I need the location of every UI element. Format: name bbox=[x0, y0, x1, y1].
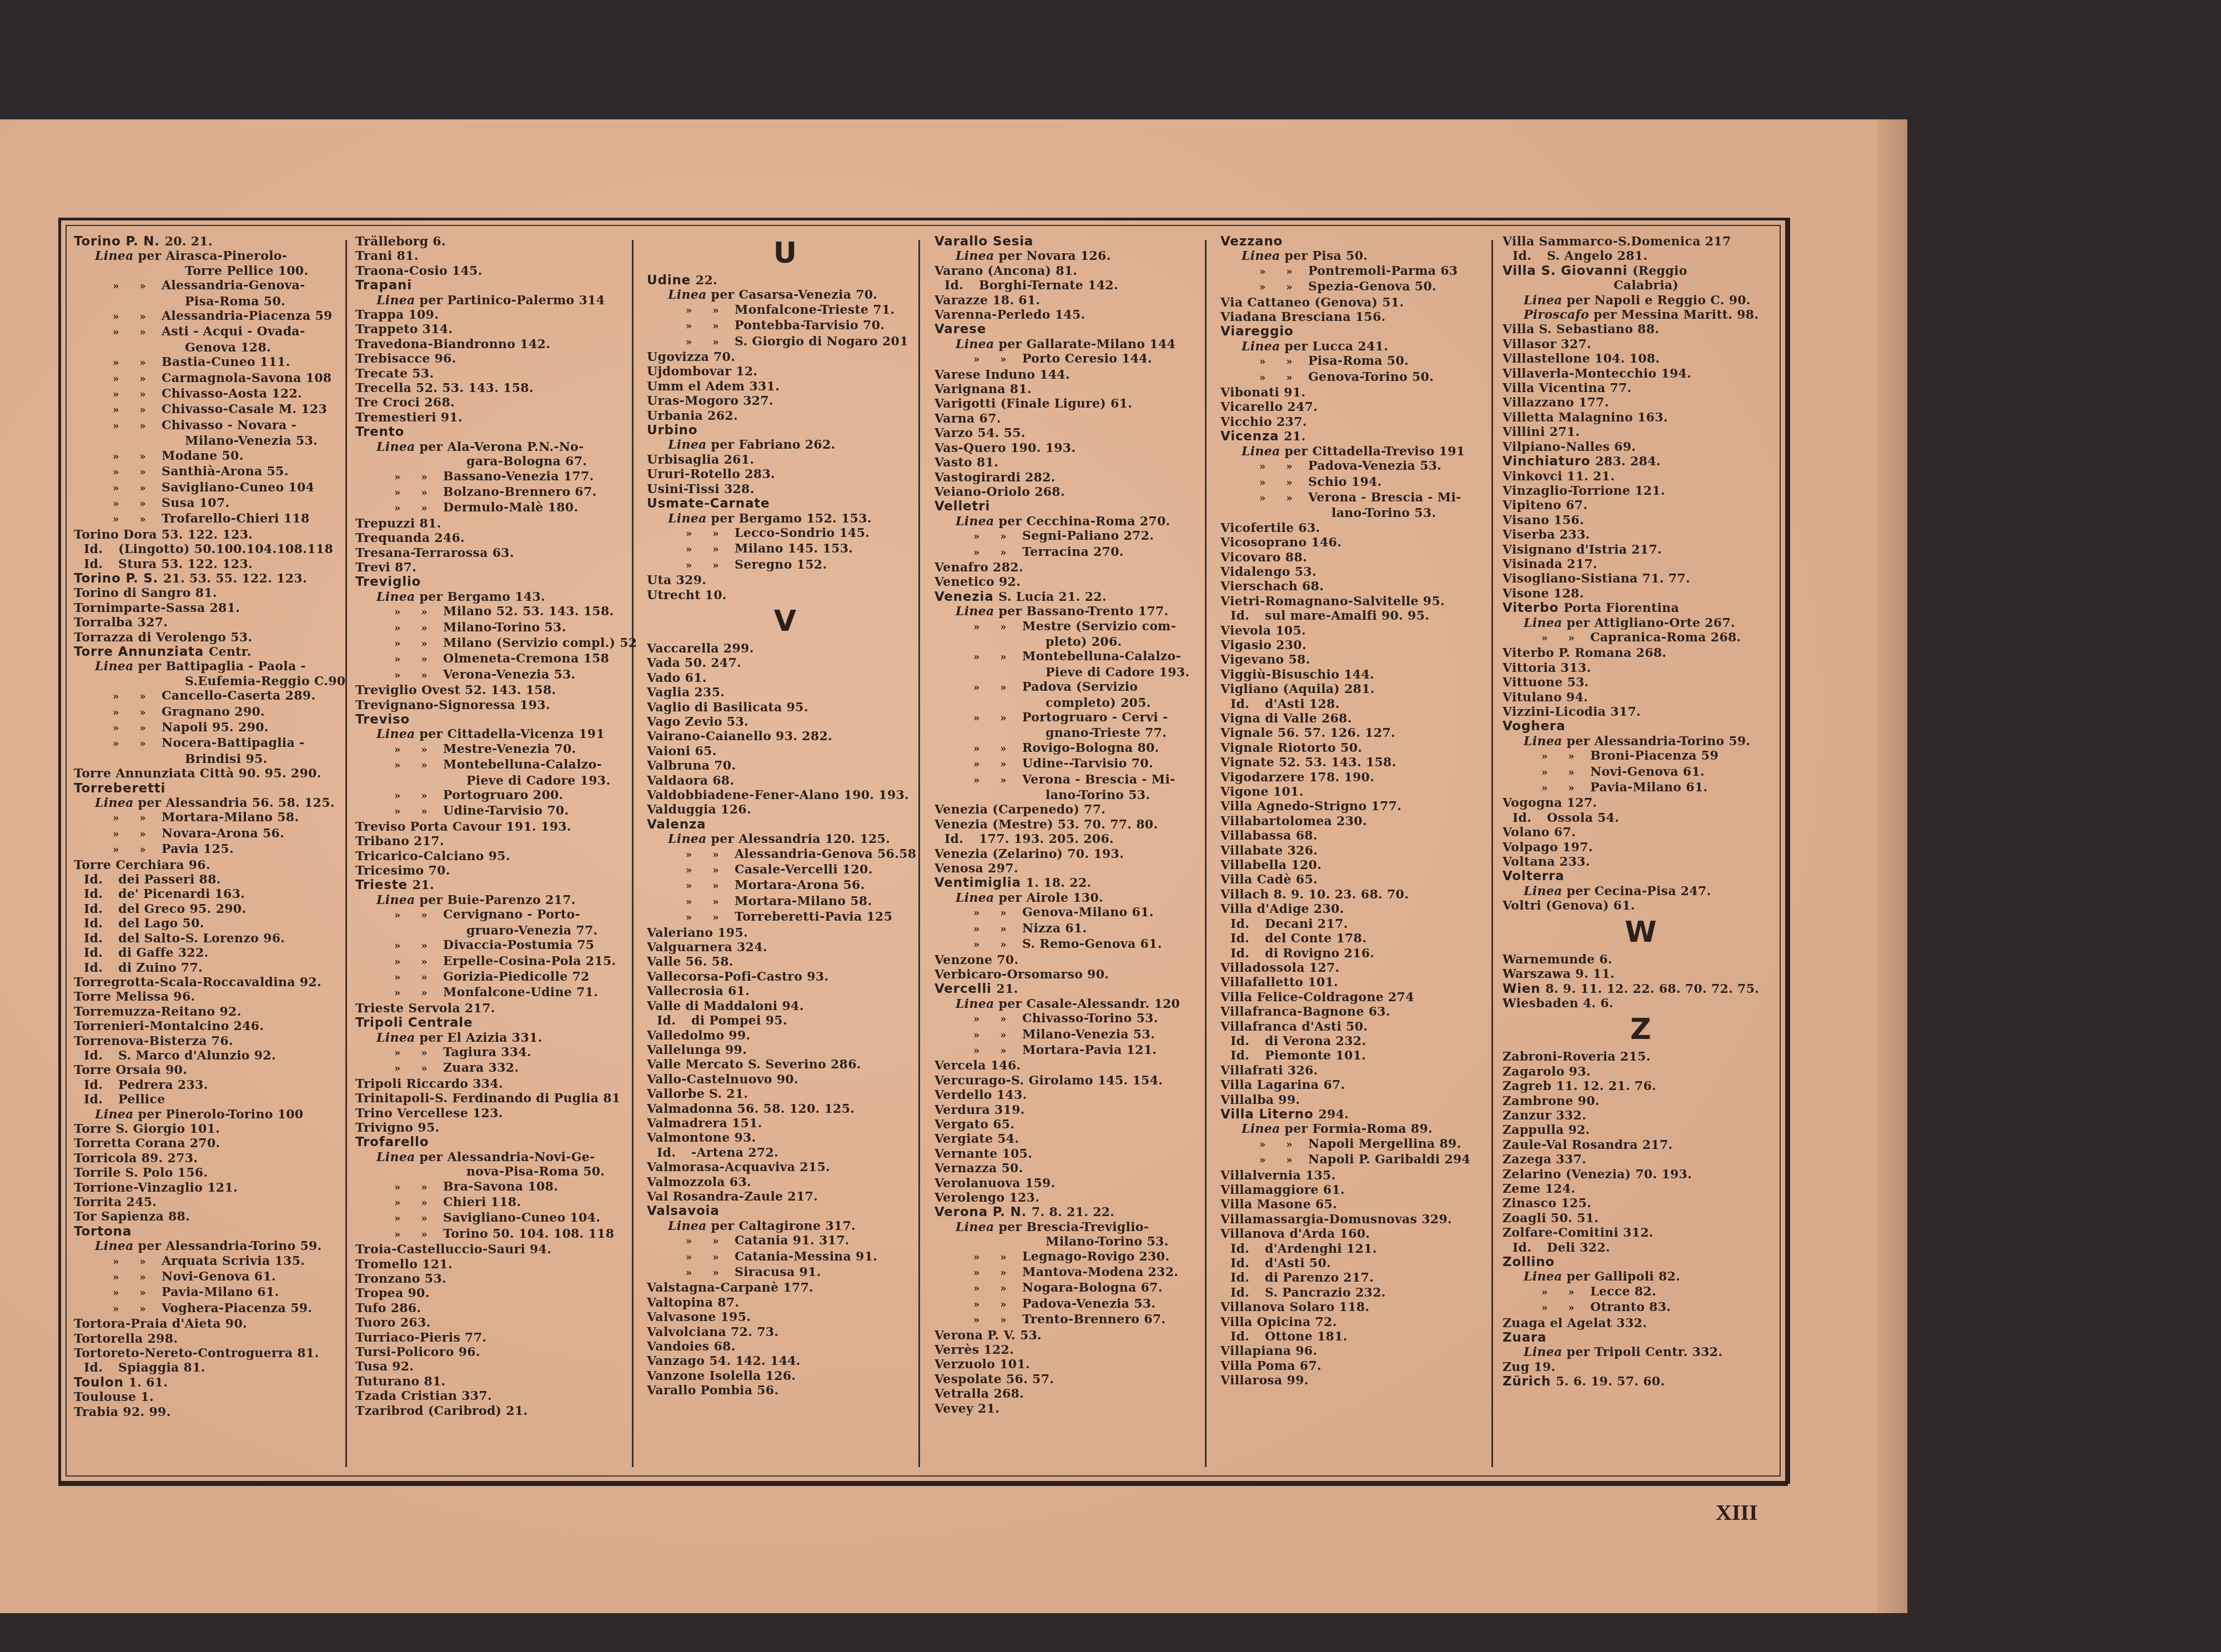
station-heading: Zürich 5. 6. 19. 57. 60. bbox=[1503, 1374, 1779, 1389]
station-entry: Vanzago 54. 142. 144. bbox=[647, 1354, 923, 1368]
idem-text: Spiaggia 81. bbox=[118, 1360, 205, 1375]
station-entry: Vallo-Castelnuovo 90. bbox=[647, 1072, 923, 1087]
idem-entry: Id.d'Asti 50. bbox=[1220, 1256, 1497, 1271]
ditto-marks: » » bbox=[113, 513, 162, 527]
line-destination: per Alessandria-Torino 59. bbox=[1567, 734, 1751, 749]
station-entry: Zagarolo 93. bbox=[1503, 1064, 1779, 1079]
station-entry: Torino Dora 53. 122. 123. bbox=[74, 528, 350, 542]
line-entry: Linea per Pinerolo-Torino 100 bbox=[74, 1107, 350, 1122]
station-name: Varallo Sesia bbox=[934, 234, 1033, 249]
wrapped-text: lano-Torino 53. bbox=[934, 788, 1211, 802]
table-refs: 7. 8. 21. 22. bbox=[1032, 1205, 1114, 1219]
station-entry: Vada 50. 247. bbox=[647, 656, 923, 670]
line-destination: Trento-Brennero 67. bbox=[1022, 1312, 1165, 1327]
station-entry: Villa Opicina 72. bbox=[1220, 1315, 1497, 1329]
ditto-marks: » » bbox=[973, 938, 1022, 952]
idem-entry: Id.d'Asti 128. bbox=[1220, 697, 1497, 711]
ditto-marks: » » bbox=[973, 742, 1022, 756]
station-entry: Zolfare-Comitini 312. bbox=[1503, 1226, 1779, 1240]
ditto-marks: » » bbox=[1259, 460, 1308, 474]
line-label: Linea bbox=[376, 590, 415, 604]
line-destination: Terracina 270. bbox=[1022, 545, 1124, 559]
station-entry: Torre Annunziata Città 90. 95. 290. bbox=[74, 766, 350, 781]
station-entry: Venzone 70. bbox=[934, 953, 1211, 967]
station-entry: Torrile S. Polo 156. bbox=[74, 1166, 350, 1180]
station-entry: Villa Poma 67. bbox=[1220, 1359, 1497, 1373]
station-entry: Valstagna-Carpanè 177. bbox=[647, 1281, 923, 1295]
idem-text: di Zuino 77. bbox=[118, 961, 203, 975]
ditto-marks: » » bbox=[973, 546, 1022, 560]
line-continuation: » »Napoli 95. 290. bbox=[74, 720, 350, 736]
line-destination: per Airasca-Pinerolo- bbox=[138, 249, 288, 263]
ditto-marks: » » bbox=[686, 319, 735, 334]
line-entry: Linea per Fabriano 262. bbox=[647, 438, 923, 452]
station-entry: Vierschach 68. bbox=[1220, 579, 1497, 594]
line-continuation: » »Pisa-Roma 50. bbox=[1220, 354, 1497, 369]
line-continuation: » »Verona - Brescia - Mi- bbox=[1220, 490, 1497, 506]
line-continuation: » »Trofarello-Chieri 118 bbox=[74, 511, 350, 527]
station-entry: Zeme 124. bbox=[1503, 1182, 1779, 1196]
line-destination: per Fabriano 262. bbox=[711, 438, 836, 452]
station-name: Zollino bbox=[1503, 1255, 1555, 1269]
station-entry: Villa Sammarco-S.Domenica 217 bbox=[1503, 234, 1779, 249]
station-entry: Villalvernia 135. bbox=[1220, 1168, 1497, 1183]
station-entry: Uras-Mogoro 327. bbox=[647, 394, 923, 408]
station-heading: Torreberetti bbox=[74, 781, 350, 796]
line-destination: Chivasso-Casale M. 123 bbox=[162, 402, 327, 416]
station-entry: Torralba 327. bbox=[74, 615, 350, 630]
station-entry: Tricesimo 70. bbox=[355, 863, 632, 878]
station-entry: Vittuone 53. bbox=[1503, 675, 1779, 690]
line-entry: Linea per Cittadella-Vicenza 191 bbox=[355, 727, 632, 741]
station-entry: Tortoreto-Nereto-Controguerra 81. bbox=[74, 1346, 350, 1360]
line-continuation: » »Alessandria-Genova 56.58 bbox=[647, 847, 923, 862]
ditto-marks: » » bbox=[1259, 476, 1308, 490]
line-entry: Linea per Attigliano-Orte 267. bbox=[1503, 616, 1779, 630]
line-destination: Bastia-Cuneo 111. bbox=[162, 355, 290, 369]
station-entry: Tremestieri 91. bbox=[355, 410, 632, 425]
station-name: Verona P. N. bbox=[934, 1205, 1027, 1219]
idem-entry: Id.del Salto-S. Lorenzo 96. bbox=[74, 931, 350, 946]
station-entry: Torremuzza-Reitano 92. bbox=[74, 1005, 350, 1019]
station-entry: Voltana 233. bbox=[1503, 855, 1779, 869]
line-destination: per Napoli e Reggio C. 90. bbox=[1567, 293, 1751, 308]
idem-entry: Id.di Gaffe 322. bbox=[74, 946, 350, 960]
idem-text: (Lingotto) 50.100.104.108.118 bbox=[118, 542, 333, 556]
idem-label: Id. bbox=[657, 1013, 691, 1028]
section-letter: W bbox=[1503, 913, 1779, 952]
line-continuation: » »Mestre-Venezia 70. bbox=[355, 742, 632, 757]
station-entry: Voltri (Genova) 61. bbox=[1503, 898, 1779, 913]
idem-entry: Id.di Verona 232. bbox=[1220, 1034, 1497, 1048]
idem-entry: Id.Spiaggia 81. bbox=[74, 1360, 350, 1375]
line-continuation: » »Genova-Torino 50. bbox=[1220, 370, 1497, 385]
ditto-marks: » » bbox=[973, 620, 1022, 635]
idem-entry: Id.Pedrera 233. bbox=[74, 1078, 350, 1092]
station-heading: Vicenza 21. bbox=[1220, 429, 1497, 444]
line-entry: Linea per Airasca-Pinerolo- bbox=[74, 249, 350, 263]
line-destination: Bassano-Venezia 177. bbox=[443, 469, 594, 484]
station-name: Torino P. N. bbox=[74, 234, 160, 249]
line-destination: Genova-Torino 50. bbox=[1308, 370, 1434, 384]
line-continuation: » »Divaccia-Postumia 75 bbox=[355, 938, 632, 953]
ditto-marks: » » bbox=[973, 530, 1022, 544]
idem-text: del Lago 50. bbox=[118, 916, 204, 931]
line-destination: Trofarello-Chieri 118 bbox=[162, 511, 310, 526]
station-entry: Vitulano 94. bbox=[1503, 690, 1779, 705]
wrapped-text: Genova 128. bbox=[74, 340, 350, 355]
station-entry: Villa Masone 65. bbox=[1220, 1197, 1497, 1212]
ditto-marks: » » bbox=[113, 737, 162, 751]
station-entry: Vigevano 58. bbox=[1220, 652, 1497, 667]
line-destination: Padova (Servizio bbox=[1022, 680, 1138, 694]
station-entry: Vespolate 56. 57. bbox=[934, 1372, 1211, 1387]
line-entry: Linea per Alessandria 120. 125. bbox=[647, 832, 923, 846]
ditto-marks: » » bbox=[686, 848, 735, 862]
line-destination: Pisa-Roma 50. bbox=[1308, 354, 1409, 368]
station-entry: Umm el Adem 331. bbox=[647, 379, 923, 394]
ditto-marks: » » bbox=[394, 501, 443, 516]
idem-text: di Parenzo 217. bbox=[1265, 1271, 1374, 1285]
ditto-marks: » » bbox=[113, 450, 162, 464]
station-entry: Zappulla 92. bbox=[1503, 1123, 1779, 1137]
ditto-marks: » » bbox=[113, 372, 162, 386]
station-heading: Volterra bbox=[1503, 869, 1779, 883]
station-entry: Usini-Tissi 328. bbox=[647, 482, 923, 496]
line-destination: Pavia-Milano 61. bbox=[162, 1285, 279, 1299]
line-continuation: » »Spezia-Genova 50. bbox=[1220, 279, 1497, 295]
idem-text: di Rovigno 216. bbox=[1265, 946, 1374, 961]
ditto-marks: » » bbox=[1541, 750, 1590, 764]
ditto-marks: » » bbox=[1259, 280, 1308, 295]
station-entry: Vanzone Isolella 126. bbox=[647, 1369, 923, 1383]
station-entry: Urbania 262. bbox=[647, 409, 923, 423]
line-destination: per Alessandria 56. 58. 125. bbox=[138, 796, 335, 810]
station-name: Tortona bbox=[74, 1224, 132, 1239]
station-entry: Valle Mercato S. Severino 286. bbox=[647, 1057, 923, 1072]
line-continuation: » »Padova-Venezia 53. bbox=[1220, 459, 1497, 474]
table-refs: 21. 53. 55. 122. 123. bbox=[163, 571, 307, 586]
station-entry: Zanzur 332. bbox=[1503, 1108, 1779, 1123]
line-continuation: » »Mantova-Modena 232. bbox=[934, 1265, 1211, 1281]
station-entry: Villamassargia-Domusnovas 329. bbox=[1220, 1212, 1497, 1227]
station-heading: Vercelli 21. bbox=[934, 982, 1211, 996]
line-destination: Capranica-Roma 268. bbox=[1590, 630, 1741, 645]
line-entry: Linea per Lucca 241. bbox=[1220, 339, 1497, 354]
station-entry: Volano 67. bbox=[1503, 825, 1779, 840]
line-destination: Dermulo-Malè 180. bbox=[443, 500, 578, 515]
line-destination: Milano 145. 153. bbox=[735, 541, 853, 556]
station-entry: Varzo 54. 55. bbox=[934, 426, 1211, 440]
station-entry: Warnemunde 6. bbox=[1503, 952, 1779, 967]
line-destination: per Alessandria 120. 125. bbox=[711, 832, 891, 846]
station-entry: Torrenova-Bisterza 76. bbox=[74, 1034, 350, 1048]
line-entry: Linea per Battipaglia - Paola - bbox=[74, 659, 350, 674]
ditto-marks: » » bbox=[394, 669, 443, 683]
line-destination: Cancello-Caserta 289. bbox=[162, 689, 315, 703]
station-heading: Torino P. N. 20. 21. bbox=[74, 234, 350, 249]
line-label: Linea bbox=[668, 1219, 707, 1233]
line-destination: Verona - Brescia - Mi- bbox=[1022, 772, 1175, 787]
ditto-marks: » » bbox=[686, 527, 735, 541]
station-entry: Varese Induno 144. bbox=[934, 368, 1211, 382]
ditto-marks: » » bbox=[1259, 1138, 1308, 1152]
idem-text: S. Pancrazio 232. bbox=[1265, 1286, 1386, 1300]
line-entry: Linea per Alessandria 56. 58. 125. bbox=[74, 796, 350, 810]
station-entry: Viserba 233. bbox=[1503, 528, 1779, 542]
table-refs: 22. bbox=[696, 273, 717, 288]
line-continuation: » »Pavia-Milano 61. bbox=[1503, 780, 1779, 796]
idem-text: Ossola 54. bbox=[1547, 811, 1619, 825]
station-entry: Trabia 92. 99. bbox=[74, 1405, 350, 1419]
line-continuation: » »Broni-Piacenza 59 bbox=[1503, 749, 1779, 764]
idem-entry: Id.(Lingotto) 50.100.104.108.118 bbox=[74, 542, 350, 556]
line-destination: Portogruaro 200. bbox=[443, 788, 564, 802]
idem-text: d'Asti 50. bbox=[1265, 1256, 1331, 1271]
line-label: Linea bbox=[95, 1239, 134, 1253]
line-continuation: » »Alessandria-Piacenza 59 bbox=[74, 309, 350, 324]
line-continuation: » »Arquata Scrivia 135. bbox=[74, 1254, 350, 1269]
line-destination: Mortara-Milano 58. bbox=[735, 894, 872, 908]
station-entry: Valvolciana 72. 73. bbox=[647, 1325, 923, 1339]
idem-entry: Id.Pellice bbox=[74, 1092, 350, 1107]
line-entry: Linea per Alessandria-Torino 59. bbox=[1503, 734, 1779, 749]
station-entry: Toulouse 1. bbox=[74, 1390, 350, 1404]
station-entry: Zoagli 50. 51. bbox=[1503, 1211, 1779, 1226]
ditto-marks: » » bbox=[686, 911, 735, 925]
station-entry: Varallo Pombia 56. bbox=[647, 1383, 923, 1398]
line-destination: Padova-Venezia 53. bbox=[1022, 1297, 1155, 1311]
table-refs: 283. 284. bbox=[1595, 454, 1661, 469]
line-label: Linea bbox=[1524, 1269, 1562, 1284]
ditto-marks: » » bbox=[394, 805, 443, 819]
line-destination: per Gallarate-Milano 144 bbox=[999, 337, 1176, 352]
idem-entry: Id.Ossola 54. bbox=[1503, 811, 1779, 825]
idem-label: Id. bbox=[84, 931, 118, 946]
ditto-marks: » » bbox=[113, 721, 162, 736]
wrapped-text: completo) 205. bbox=[934, 696, 1211, 710]
line-destination: Torino 50. 104. 108. 118 bbox=[443, 1227, 614, 1241]
line-destination: Siracusa 91. bbox=[735, 1265, 821, 1279]
line-label: Linea bbox=[95, 659, 134, 674]
line-destination: per Airole 130. bbox=[999, 891, 1103, 905]
ditto-marks: » » bbox=[973, 1028, 1022, 1043]
line-label: Linea bbox=[956, 514, 994, 529]
station-entry: Villa Vicentina 77. bbox=[1503, 381, 1779, 395]
line-destination: per Tripoli Centr. 332. bbox=[1567, 1345, 1723, 1359]
station-entry: Torrione-Vinzaglio 121. bbox=[74, 1181, 350, 1195]
section-letter: Z bbox=[1503, 1011, 1779, 1050]
idem-label: Id. bbox=[1230, 1242, 1265, 1256]
station-name: Toulon bbox=[74, 1375, 124, 1390]
station-name: Udine bbox=[647, 273, 691, 288]
station-entry: Treviglio Ovest 52. 143. 158. bbox=[355, 683, 632, 697]
idem-entry: Id.del Lago 50. bbox=[74, 916, 350, 931]
table-refs: 5. 6. 19. 57. 60. bbox=[1556, 1374, 1665, 1389]
station-entry: Volpago 197. bbox=[1503, 840, 1779, 855]
ditto-marks: » » bbox=[113, 690, 162, 704]
line-continuation: » »Torreberetti-Pavia 125 bbox=[647, 910, 923, 925]
idem-label: Id. bbox=[1230, 931, 1265, 946]
line-destination: Pontremoli-Parma 63 bbox=[1308, 264, 1458, 278]
line-destination: Legnago-Rovigo 230. bbox=[1022, 1249, 1169, 1264]
line-continuation: » »Susa 107. bbox=[74, 496, 350, 511]
ditto-marks: » » bbox=[973, 711, 1022, 726]
line-continuation: » »Segni-Paliano 272. bbox=[934, 529, 1211, 544]
ditto-marks: » » bbox=[113, 310, 162, 324]
station-entry: Visone 128. bbox=[1503, 586, 1779, 601]
line-destination: Modane 50. bbox=[162, 449, 244, 463]
idem-text: Piemonte 101. bbox=[1265, 1048, 1366, 1063]
line-label: Linea bbox=[376, 893, 415, 907]
idem-label: Id. bbox=[1230, 1286, 1265, 1300]
station-entry: Vigodarzere 178. 190. bbox=[1220, 770, 1497, 785]
line-destination: Padova-Venezia 53. bbox=[1308, 459, 1441, 473]
line-destination: Rovigo-Bologna 80. bbox=[1022, 741, 1159, 755]
line-entry: Linea per Napoli e Reggio C. 90. bbox=[1503, 293, 1779, 308]
station-entry: Torricola 89. 273. bbox=[74, 1151, 350, 1166]
line-continuation: » »S. Giorgio di Nogaro 201 bbox=[647, 334, 923, 350]
section-letter: V bbox=[647, 602, 923, 641]
station-entry: Trevi 87. bbox=[355, 560, 632, 575]
idem-label: Id. bbox=[1513, 811, 1547, 825]
station-entry: Tronzano 53. bbox=[355, 1272, 632, 1286]
line-destination: Novi-Genova 61. bbox=[162, 1269, 276, 1284]
station-entry: Villa S. Sebastiano 88. bbox=[1503, 322, 1779, 337]
wrapped-text: gruaro-Venezia 77. bbox=[355, 923, 632, 938]
line-entry: Linea per Bergamo 143. bbox=[355, 590, 632, 604]
ditto-marks: » » bbox=[1259, 371, 1308, 385]
line-continuation: » »Seregno 152. bbox=[647, 558, 923, 573]
station-entry: Wiesbaden 4. 6. bbox=[1503, 996, 1779, 1011]
station-entry: Vievola 105. bbox=[1220, 624, 1497, 638]
table-refs: 1. 18. 22. bbox=[1026, 876, 1092, 890]
idem-label: Id. bbox=[84, 1078, 118, 1092]
idem-text: -Artena 272. bbox=[691, 1146, 778, 1160]
idem-text: del Salto-S. Lorenzo 96. bbox=[118, 931, 285, 946]
station-heading: Ventimiglia 1. 18. 22. bbox=[934, 876, 1211, 890]
line-destination: Bolzano-Brennero 67. bbox=[443, 485, 597, 499]
idem-text: del Conte 178. bbox=[1265, 931, 1366, 946]
line-destination: Milano 52. 53. 143. 158. bbox=[443, 604, 614, 619]
line-destination: Milano (Servizio compl.) 52 bbox=[443, 636, 637, 650]
line-destination: Portogruaro - Cervi - bbox=[1022, 710, 1168, 725]
station-entry: Valmadonna 56. 58. 120. 125. bbox=[647, 1102, 923, 1116]
station-entry: Uta 329. bbox=[647, 573, 923, 588]
idem-entry: Id.-Artena 272. bbox=[647, 1146, 923, 1160]
station-entry: Villadossola 127. bbox=[1220, 961, 1497, 975]
line-destination: Pavia-Milano 61. bbox=[1590, 780, 1707, 795]
ditto-marks: » » bbox=[113, 843, 162, 857]
station-name: Viterbo bbox=[1503, 601, 1559, 615]
line-continuation: » »Udine-Tarvisio 70. bbox=[355, 804, 632, 819]
station-heading: Varallo Sesia bbox=[934, 234, 1211, 249]
wrapped-text: Milano-Torino 53. bbox=[934, 1234, 1211, 1249]
line-destination: Verona - Brescia - Mi- bbox=[1308, 490, 1461, 505]
station-heading: Venezia S. Lucia 21. 22. bbox=[934, 590, 1211, 604]
station-entry: Visinada 217. bbox=[1503, 557, 1779, 571]
station-entry: Venetico 92. bbox=[934, 575, 1211, 589]
line-destination: Gragnano 290. bbox=[162, 705, 265, 719]
line-destination: per Partinico-Palermo 314 bbox=[420, 293, 605, 308]
idem-text: S. Angelo 281. bbox=[1547, 249, 1647, 263]
line-continuation: » »Rovigo-Bologna 80. bbox=[934, 741, 1211, 756]
ditto-marks: » » bbox=[394, 1196, 443, 1211]
station-entry: Trappa 109. bbox=[355, 308, 632, 322]
line-destination: Napoli Mergellina 89. bbox=[1308, 1137, 1461, 1151]
station-entry: Verolengo 123. bbox=[934, 1191, 1211, 1205]
station-entry: Torino di Sangro 81. bbox=[74, 586, 350, 600]
station-entry: Vipiteno 67. bbox=[1503, 498, 1779, 513]
station-entry: Valvasone 195. bbox=[647, 1310, 923, 1324]
station-entry: Vogogna 127. bbox=[1503, 796, 1779, 810]
line-destination: Pavia 125. bbox=[162, 842, 234, 856]
line-continuation: » »Bolzano-Brennero 67. bbox=[355, 485, 632, 500]
line-continuation: » »Pavia 125. bbox=[74, 842, 350, 857]
idem-label: Id. bbox=[944, 278, 979, 293]
line-destination: Olmeneta-Cremona 158 bbox=[443, 651, 609, 666]
station-entry: Visano 156. bbox=[1503, 513, 1779, 528]
station-entry: Vallecorsa-Pofi-Castro 93. bbox=[647, 970, 923, 984]
line-continuation: » »Gragnano 290. bbox=[74, 705, 350, 720]
station-entry: Verolanuova 159. bbox=[934, 1176, 1211, 1191]
index-column-4: Varallo SesiaLinea per Novara 126.Varano… bbox=[934, 234, 1211, 1467]
station-entry: Varna 67. bbox=[934, 411, 1211, 426]
ditto-marks: » » bbox=[973, 757, 1022, 772]
ditto-marks: » » bbox=[1259, 355, 1308, 369]
station-entry: Trieste Servola 217. bbox=[355, 1001, 632, 1016]
station-name: Tripoli Centrale bbox=[355, 1016, 473, 1030]
station-entry: Zambrone 90. bbox=[1503, 1094, 1779, 1108]
idem-text: Pedrera 233. bbox=[118, 1078, 208, 1092]
line-continuation: » »Mortara-Milano 58. bbox=[647, 894, 923, 910]
line-destination: Otranto 83. bbox=[1590, 1300, 1671, 1314]
line-destination: Mortara-Pavia 121. bbox=[1022, 1043, 1157, 1057]
line-entry: Linea per Buie-Parenzo 217. bbox=[355, 893, 632, 907]
idem-entry: Id.di Parenzo 217. bbox=[1220, 1271, 1497, 1285]
line-label: Linea bbox=[1524, 734, 1562, 749]
station-entry: Villafranca d'Asti 50. bbox=[1220, 1020, 1497, 1034]
station-entry: Valmorasa-Acquaviva 215. bbox=[647, 1160, 923, 1174]
station-entry: Tripoli Riccardo 334. bbox=[355, 1077, 632, 1091]
station-name: Vicenza bbox=[1220, 429, 1279, 444]
station-entry: Valmontone 93. bbox=[647, 1131, 923, 1145]
station-entry: Villarosa 99. bbox=[1220, 1373, 1497, 1388]
station-name: Villa S. Giovanni bbox=[1503, 264, 1627, 278]
station-heading: Treviglio bbox=[355, 575, 632, 589]
ditto-marks: » » bbox=[113, 465, 162, 480]
station-entry: Tursi-Policoro 96. bbox=[355, 1345, 632, 1359]
ditto-marks: » » bbox=[394, 743, 443, 757]
line-continuation: » »Novara-Arona 56. bbox=[74, 826, 350, 842]
station-entry: Viadana Bresciana 156. bbox=[1220, 310, 1497, 324]
station-entry: Trebisacce 96. bbox=[355, 352, 632, 366]
station-entry: Veiano-Oriolo 268. bbox=[934, 485, 1211, 499]
line-entry: Linea per Formia-Roma 89. bbox=[1220, 1122, 1497, 1136]
line-entry: Linea per Bergamo 152. 153. bbox=[647, 511, 923, 526]
station-entry: Vidalengo 53. bbox=[1220, 565, 1497, 579]
line-destination: per Cittadella-Treviso 191 bbox=[1285, 444, 1465, 459]
station-entry: Torre Cerchiara 96. bbox=[74, 858, 350, 872]
idem-entry: Id.S. Pancrazio 232. bbox=[1220, 1286, 1497, 1300]
station-entry: Vetralla 268. bbox=[934, 1387, 1211, 1401]
line-destination: Porto Ceresio 144. bbox=[1022, 352, 1152, 366]
line-label: Linea bbox=[1242, 339, 1280, 354]
station-entry: Visogliano-Sistiana 71. 77. bbox=[1503, 571, 1779, 586]
line-destination: per Casale-Alessandr. 120 bbox=[999, 997, 1180, 1011]
idem-entry: Id.di Rovigno 216. bbox=[1220, 946, 1497, 961]
station-entry: Villabassa 68. bbox=[1220, 828, 1497, 843]
